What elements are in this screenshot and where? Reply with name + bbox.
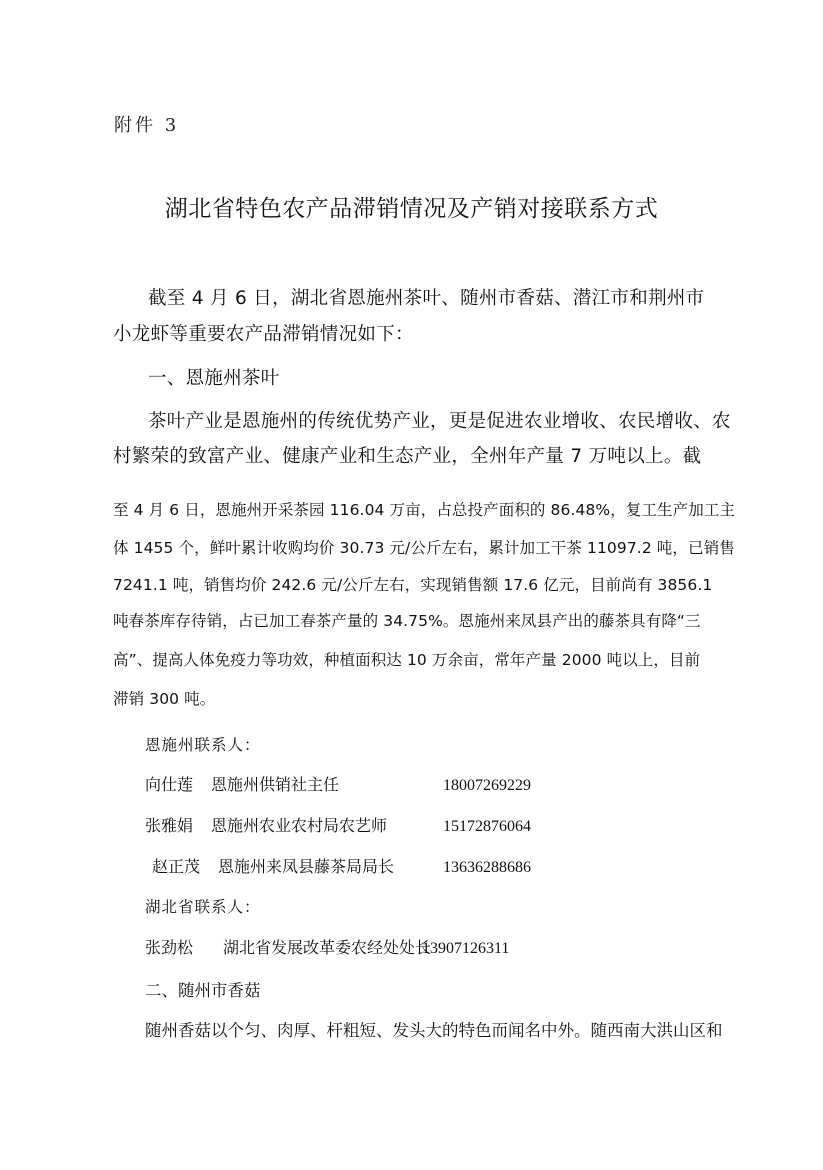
contact-role: 恩施州供销社主任 (211, 777, 339, 793)
contact-phone: 15172876064 (443, 819, 531, 835)
section-1-detail-line-4: 吨春茶库存待销，占已加工春茶产量的 34.75%。恩施州来凤县产出的藤茶具有降“… (113, 614, 701, 630)
section-1-para-line-2: 村繁荣的致富产业、健康产业和生态产业，全州年产量 7 万吨以上。截 (113, 448, 701, 467)
section-2-heading: 二、随州市香菇 (145, 983, 261, 1000)
section-1-para-line-1: 茶叶产业是恩施州的传统优势产业，更是促进农业增收、农民增收、农 (148, 413, 731, 432)
section-1-detail-line-5: 高”、提高人体免疫力等功效，种植面积达 10 万余亩，常年产量 2000 吨以上… (113, 653, 700, 669)
document-title: 湖北省特色农产品滞销情况及产销对接联系方式 (0, 198, 823, 221)
contact-phone: 13907126311 (422, 941, 509, 957)
intro-line-1: 截至 4 月 6 日，湖北省恩施州茶叶、随州市香菇、潜江市和荆州市 (148, 290, 704, 309)
contact-name: 张雅娟 (145, 818, 193, 834)
document-page: 附件 3 湖北省特色农产品滞销情况及产销对接联系方式 截至 4 月 6 日，湖北… (0, 0, 823, 1170)
contact-role: 恩施州农业农村局农艺师 (211, 818, 387, 834)
contact-role: 恩施州来凤县藤茶局局长 (218, 859, 394, 875)
section-1-detail-line-1: 至 4 月 6 日，恩施州开采茶园 116.04 万亩，占总投产面积的 86.4… (113, 503, 735, 519)
local-contacts-label: 恩施州联系人： (145, 738, 261, 754)
section-1-detail-line-3: 7241.1 吨，销售均价 242.6 元/公斤左右，实现销售额 17.6 亿元… (113, 578, 712, 594)
section-2-para-line-1: 随州香菇以个匀、肉厚、杆粗短、发头大的特色而闻名中外。随西南大洪山区和 (145, 1023, 723, 1040)
contact-role: 湖北省发展改革委农经处处长 (223, 940, 431, 956)
contact-name: 赵正茂 (152, 859, 200, 875)
contact-phone: 18007269229 (443, 778, 531, 794)
section-1-detail-line-6: 滞销 300 吨。 (113, 692, 215, 708)
contact-name: 向仕莲 (145, 777, 193, 793)
section-1-heading: 一、恩施州茶叶 (148, 370, 280, 389)
contact-phone: 13636288686 (443, 860, 531, 876)
section-1-detail-line-2: 体 1455 个，鲜叶累计收购均价 30.73 元/公斤左右，累计加工干茶 11… (113, 541, 735, 557)
contact-name: 张劲松 (145, 940, 193, 956)
province-contacts-label: 湖北省联系人： (145, 900, 261, 916)
attachment-label: 附件 3 (114, 117, 179, 135)
intro-line-2: 小龙虾等重要农产品滞销情况如下： (113, 326, 414, 345)
